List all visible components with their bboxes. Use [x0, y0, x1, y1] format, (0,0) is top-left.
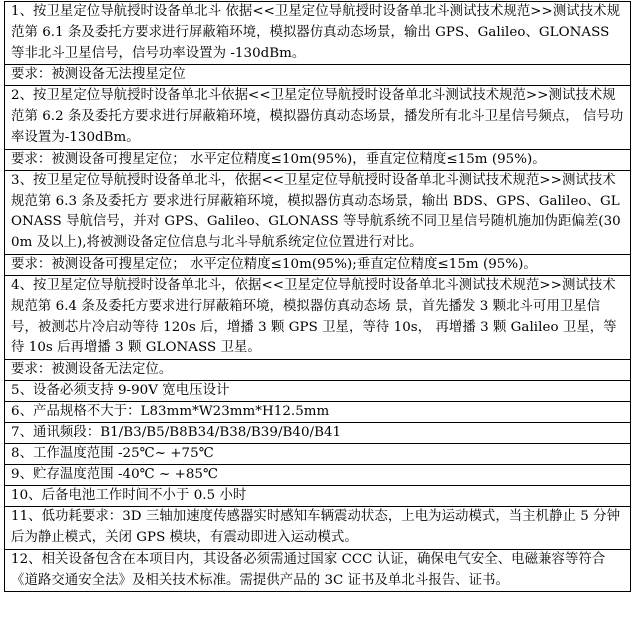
item-10-cell: 10、后备电池工作时间不小于 0.5 小时 [5, 486, 631, 507]
item-7-cell: 7、通讯频段：B1/B3/B5/B8B34/B38/B39/B40/B41 [5, 423, 631, 444]
table-row-item-1: 1、按卫星定位导航授时设备单北斗 依据<<卫星定位导航授时设备单北斗测试技术规范… [5, 2, 631, 65]
requirement-4-cell: 要求：被测设备无法定位。 [5, 360, 631, 381]
requirement-3-cell: 要求：被测设备可搜星定位； 水平定位精度≤10m(95%);垂直定位精度≤15m… [5, 254, 631, 275]
item-6-cell: 6、产品规格不大于：L83mm*W23mm*H12.5mm [5, 402, 631, 423]
table-row-item-12: 12、相关设备包含在本项目内，其设备必须需通过国家 CCC 认证，确保电气安全、… [5, 549, 631, 592]
table-row-item-4: 4、按卫星定位导航授时设备单北斗，依据<<卫星定位导航授时设备单北斗测试技术规范… [5, 275, 631, 359]
requirements-table: 1、按卫星定位导航授时设备单北斗 依据<<卫星定位导航授时设备单北斗测试技术规范… [4, 1, 631, 592]
table-row-requirement-1: 要求：被测设备无法搜星定位 [5, 65, 631, 86]
table-row-item-6: 6、产品规格不大于：L83mm*W23mm*H12.5mm [5, 402, 631, 423]
table-row-item-7: 7、通讯频段：B1/B3/B5/B8B34/B38/B39/B40/B41 [5, 423, 631, 444]
table-row-requirement-4: 要求：被测设备无法定位。 [5, 360, 631, 381]
item-12-cell: 12、相关设备包含在本项目内，其设备必须需通过国家 CCC 认证，确保电气安全、… [5, 549, 631, 592]
table-row-requirement-2: 要求：被测设备可搜星定位； 水平定位精度≤10m(95%)，垂直定位精度≤15m… [5, 149, 631, 170]
table-row-item-5: 5、设备必须支持 9-90V 宽电压设计 [5, 381, 631, 402]
table-row-item-11: 11、低功耗要求：3D 三轴加速度传感器实时感知车辆震动状态，上电为运动模式，当… [5, 507, 631, 550]
table-row-item-10: 10、后备电池工作时间不小于 0.5 小时 [5, 486, 631, 507]
table-row-item-3: 3、按卫星定位导航授时设备单北斗，依据<<卫星定位导航授时设备单北斗测试技术规范… [5, 170, 631, 254]
item-4-cell: 4、按卫星定位导航授时设备单北斗，依据<<卫星定位导航授时设备单北斗测试技术规范… [5, 275, 631, 359]
requirement-2-cell: 要求：被测设备可搜星定位； 水平定位精度≤10m(95%)，垂直定位精度≤15m… [5, 149, 631, 170]
item-11-cell: 11、低功耗要求：3D 三轴加速度传感器实时感知车辆震动状态，上电为运动模式，当… [5, 507, 631, 550]
table-row-item-8: 8、工作温度范围 -25℃~ +75℃ [5, 444, 631, 465]
item-3-cell: 3、按卫星定位导航授时设备单北斗，依据<<卫星定位导航授时设备单北斗测试技术规范… [5, 170, 631, 254]
item-9-cell: 9、贮存温度范围 -40℃ ~ +85℃ [5, 465, 631, 486]
item-2-cell: 2、按卫星定位导航授时设备单北斗依据<<卫星定位导航授时设备单北斗测试技术规范>… [5, 86, 631, 149]
item-5-cell: 5、设备必须支持 9-90V 宽电压设计 [5, 381, 631, 402]
requirement-1-cell: 要求：被测设备无法搜星定位 [5, 65, 631, 86]
table-row-item-2: 2、按卫星定位导航授时设备单北斗依据<<卫星定位导航授时设备单北斗测试技术规范>… [5, 86, 631, 149]
item-1-cell: 1、按卫星定位导航授时设备单北斗 依据<<卫星定位导航授时设备单北斗测试技术规范… [5, 2, 631, 65]
table-row-item-9: 9、贮存温度范围 -40℃ ~ +85℃ [5, 465, 631, 486]
item-8-cell: 8、工作温度范围 -25℃~ +75℃ [5, 444, 631, 465]
table-row-requirement-3: 要求：被测设备可搜星定位； 水平定位精度≤10m(95%);垂直定位精度≤15m… [5, 254, 631, 275]
